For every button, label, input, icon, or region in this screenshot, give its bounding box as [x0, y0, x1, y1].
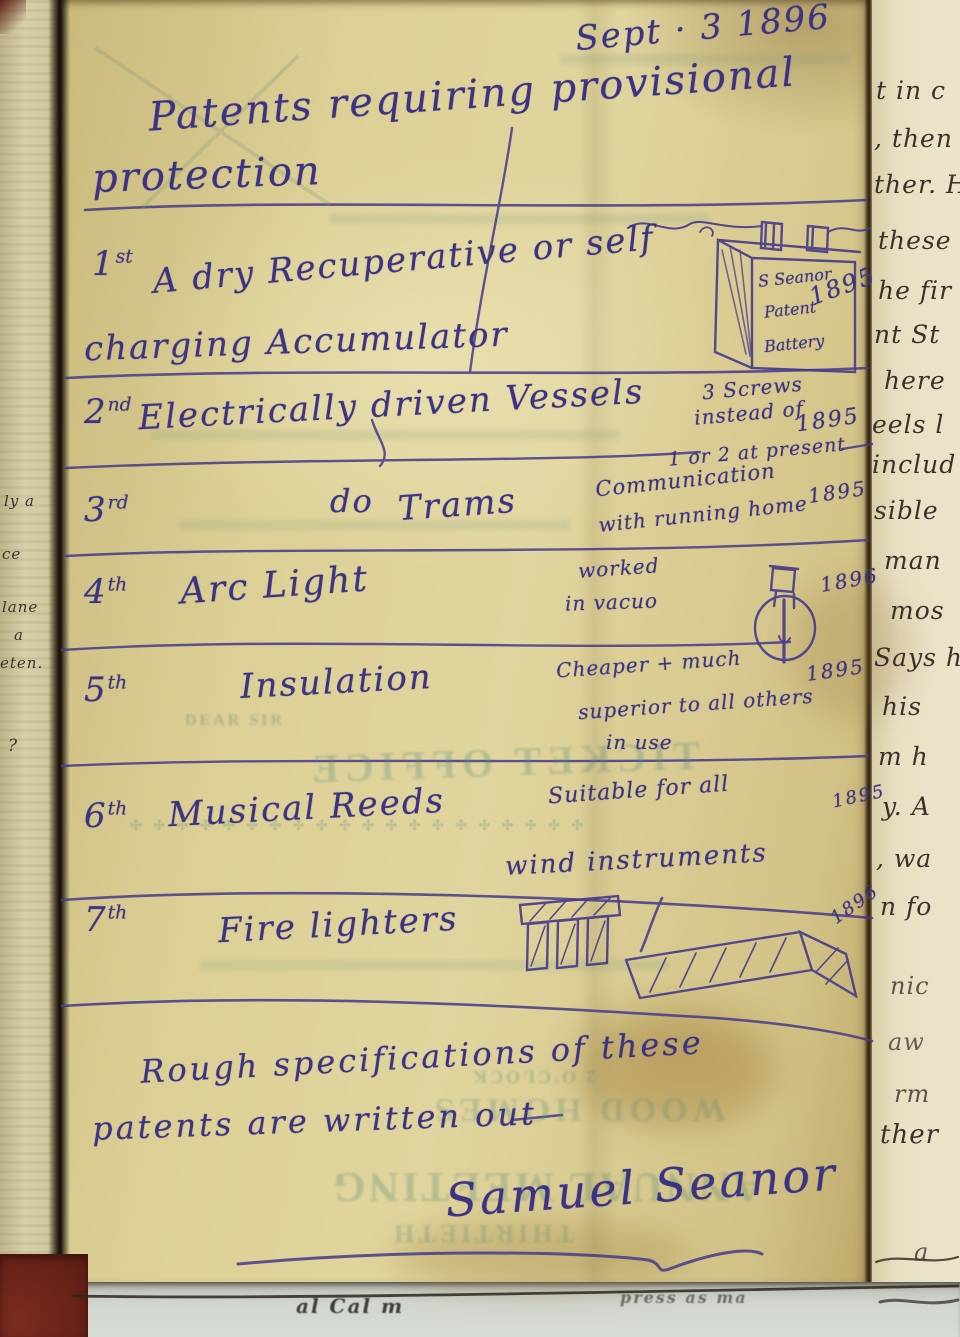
item-5-ordinal-suffix: th [108, 673, 128, 694]
book-cover-top-corner [0, 0, 26, 34]
item-6-ordinal-suffix: th [108, 799, 128, 820]
item-7-ordinal-suffix: th [108, 903, 128, 924]
right-page-fragment: mos [890, 596, 945, 625]
item-2-ordinal-suffix: nd [108, 395, 132, 416]
left-page-fragment: ? [8, 736, 18, 756]
right-page-fragment: t in c [876, 76, 946, 105]
right-page-fragment: includ [872, 450, 956, 479]
left-page-fragment: ce [2, 545, 21, 563]
right-page-fragment: Says h [874, 643, 960, 672]
page-below-fragment: press as ma [620, 1288, 748, 1307]
item-2-ordinal: 2nd [84, 392, 132, 432]
item-1-ordinal-number: 1 [92, 244, 116, 284]
left-page-fragment: lane [2, 598, 38, 616]
right-page-fragment: , wa [876, 844, 932, 873]
right-page-fragment: these [878, 226, 952, 255]
right-page-fragment: aw [888, 1028, 925, 1056]
book-cover-corner [0, 1254, 88, 1337]
right-page-fragment: rm [894, 1080, 930, 1108]
item-6-ordinal-number: 6 [84, 796, 108, 836]
right-page-fragment: nt St [874, 320, 940, 349]
item-6-ordinal: 6th [84, 796, 127, 836]
right-page-fragment: nic [890, 972, 930, 1000]
print-band [180, 520, 570, 530]
item-5-ordinal-number: 5 [84, 670, 108, 710]
right-page-fragment: sible [874, 496, 939, 525]
right-page-fragment: his [882, 692, 922, 721]
title-line-2: protection [91, 148, 322, 202]
right-page-fragment: here [884, 366, 946, 395]
right-page-fragment: eels l [872, 410, 944, 439]
item-2-ordinal-number: 2 [84, 392, 108, 432]
right-page-fragment: ther [880, 1120, 939, 1150]
item-7-ordinal: 7th [84, 900, 127, 940]
right-page-fragment: ther. H [874, 170, 960, 199]
item-1-ordinal-suffix: st [116, 247, 133, 268]
right-page-fragment: y. A [882, 792, 931, 821]
item-5-note-3: in use [606, 730, 673, 754]
item-3-ditto: do [330, 482, 374, 520]
right-page-fragment: he fir [878, 276, 952, 305]
print-band [200, 960, 670, 970]
page-below-fragment: al Cal m [296, 1294, 404, 1318]
ruled-page-below [66, 1282, 960, 1337]
right-page-fragment: a [914, 1238, 929, 1266]
item-3-ordinal: 3rd [84, 490, 129, 530]
left-page-fragment: a [14, 626, 24, 644]
item-4-ordinal: 4th [84, 572, 127, 612]
right-page-fragment: n fo [880, 892, 932, 921]
item-1-ordinal: 1st [92, 244, 133, 284]
item-3-ordinal-suffix: rd [108, 493, 129, 514]
right-page-fragment: man [884, 546, 942, 575]
item-3-ordinal-number: 3 [84, 490, 108, 530]
item-7-ordinal-number: 7 [84, 900, 108, 940]
binding-shadow [48, 0, 70, 1337]
notebook-photo: TICKET OFFICE DEAR SIR 2 O'CLOCK WOOD HO… [0, 0, 960, 1337]
item-4-ordinal-number: 4 [84, 572, 108, 612]
item-4-ordinal-suffix: th [108, 575, 128, 596]
left-page-fragment: eten. [0, 654, 43, 672]
item-3-text: Trams [397, 481, 518, 529]
show-through-dear-sir: DEAR SIR [185, 712, 285, 730]
right-page-fragment: , then [874, 124, 953, 153]
item-5-ordinal: 5th [84, 670, 127, 710]
item-4-note-2: in vacuo [565, 588, 659, 615]
right-page-fragment: m h [878, 742, 929, 771]
left-page-fragment: ly a [4, 492, 35, 510]
